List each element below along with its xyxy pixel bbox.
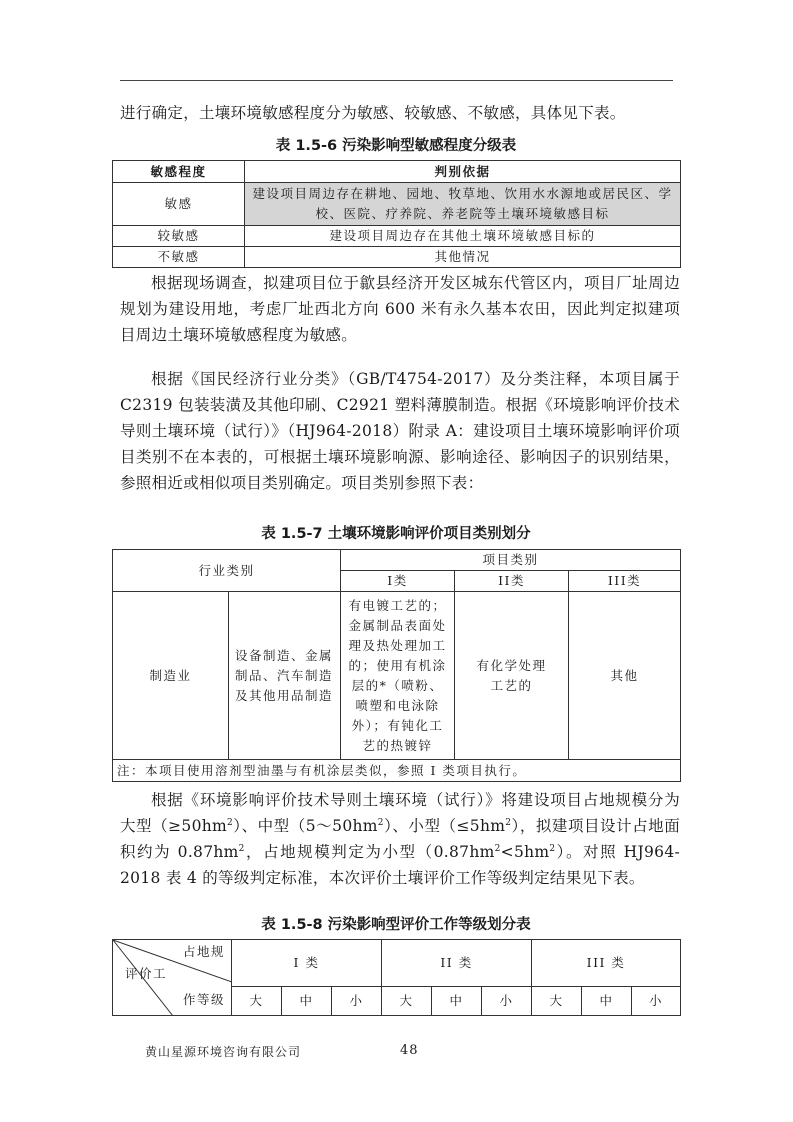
- table3-caption: 表 1.5-8 污染影响型评价工作等级划分表: [112, 915, 680, 935]
- table2-caption: 表 1.5-7 土壤环境影响评价项目类别划分: [112, 524, 680, 544]
- class-3-description: 其他: [569, 592, 681, 760]
- size-medium: 中: [282, 987, 332, 1016]
- table-row: 敏感 建设项目周边存在耕地、园地、牧草地、饮用水水源地或居民区、学校、医院、疗养…: [113, 183, 681, 226]
- size-small: 小: [332, 987, 382, 1016]
- paragraph-industry-classification: 根据《国民经济行业分类》（GB/T4754-2017）及分类注释，本项目属于 C…: [120, 366, 680, 496]
- size-large: 大: [232, 987, 282, 1016]
- work-level-table: 占地规 评价工 作等级 I 类 II 类 III 类 大 中 小 大 中 小 大…: [112, 939, 681, 1016]
- sensitivity-table: 敏感程度 判别依据 敏感 建设项目周边存在耕地、园地、牧草地、饮用水水源地或居民…: [112, 160, 681, 268]
- text-segment: ）、小型（≤5hm: [384, 817, 505, 835]
- header-project-category: 项目类别: [341, 550, 681, 571]
- page-number: 48: [400, 1043, 419, 1058]
- header-class-3: III类: [569, 571, 681, 592]
- corner-label-land-scale: 占地规: [183, 942, 225, 962]
- table-row: 不敏感 其他情况: [113, 247, 681, 268]
- table-header-row: 行业类别 项目类别: [113, 550, 681, 571]
- paragraph-site-survey: 根据现场调查，拟建项目位于歙县经济开发区城东代管区内，项目厂址周边规划为建设用地…: [120, 270, 680, 348]
- sensitivity-level: 不敏感: [113, 247, 245, 268]
- footer-company: 黄山星源环境咨询有限公司: [145, 1043, 301, 1060]
- header-class-3: III 类: [532, 940, 681, 987]
- table-row: 较敏感 建设项目周边存在其他土壤环境敏感目标的: [113, 226, 681, 247]
- intro-line: 进行确定，土壤环境敏感程度分为敏感、较敏感、不敏感，具体见下表。: [120, 100, 680, 126]
- class-2-description: 有化学处理工艺的: [455, 592, 569, 760]
- size-small: 小: [482, 987, 532, 1016]
- industry: 制造业: [113, 592, 229, 760]
- criteria: 其他情况: [245, 247, 681, 268]
- size-large: 大: [532, 987, 582, 1016]
- header-class-2: II类: [455, 571, 569, 592]
- sensitivity-level: 较敏感: [113, 226, 245, 247]
- diagonal-corner-cell: 占地规 评价工 作等级: [113, 940, 232, 1016]
- size-medium: 中: [582, 987, 632, 1016]
- table-row: 制造业 设备制造、金属制品、汽车制造及其他用品制造 有电镀工艺的；金属制品表面处…: [113, 592, 681, 760]
- text-segment: ）、中型（5～50hm: [233, 817, 378, 835]
- project-category-table: 行业类别 项目类别 I类 II类 III类 制造业 设备制造、金属制品、汽车制造…: [112, 549, 681, 782]
- header-sensitivity-level: 敏感程度: [113, 161, 245, 183]
- page-header-rule: [120, 80, 673, 81]
- class-1-description: 有电镀工艺的；金属制品表面处理及热处理加工的；使用有机涂层的*（喷粉、喷塑和电泳…: [341, 592, 455, 760]
- text-segment: <5hm: [501, 843, 550, 861]
- criteria: 建设项目周边存在耕地、园地、牧草地、饮用水水源地或居民区、学校、医院、疗养院、养…: [245, 183, 681, 226]
- table-header-row: 敏感程度 判别依据: [113, 161, 681, 183]
- header-class-2: II 类: [382, 940, 532, 987]
- sensitivity-level: 敏感: [113, 183, 245, 226]
- size-medium: 中: [432, 987, 482, 1016]
- paragraph-land-scale: 根据《环境影响评价技术导则土壤环境（试行）》将建设项目占地规模分为大型（≥50h…: [120, 787, 680, 891]
- corner-label-assessment: 评价工: [125, 964, 167, 984]
- size-large: 大: [382, 987, 432, 1016]
- header-class-1: I类: [341, 571, 455, 592]
- size-small: 小: [632, 987, 681, 1016]
- table-note: 注：本项目使用溶剂型油墨与有机涂层类似，参照 I 类项目执行。: [113, 760, 681, 782]
- sub-industry: 设备制造、金属制品、汽车制造及其他用品制造: [229, 592, 341, 760]
- table-note-row: 注：本项目使用溶剂型油墨与有机涂层类似，参照 I 类项目执行。: [113, 760, 681, 782]
- header-industry-category: 行业类别: [113, 550, 341, 592]
- text-segment: ，占地规模判定为小型（0.87hm: [245, 843, 495, 861]
- header-class-1: I 类: [232, 940, 382, 987]
- header-criteria: 判别依据: [245, 161, 681, 183]
- table-header-row: 占地规 评价工 作等级 I 类 II 类 III 类: [113, 940, 681, 987]
- table1-caption: 表 1.5-6 污染影响型敏感程度分级表: [112, 136, 680, 156]
- criteria: 建设项目周边存在其他土壤环境敏感目标的: [245, 226, 681, 247]
- corner-label-work-level: 作等级: [183, 990, 225, 1010]
